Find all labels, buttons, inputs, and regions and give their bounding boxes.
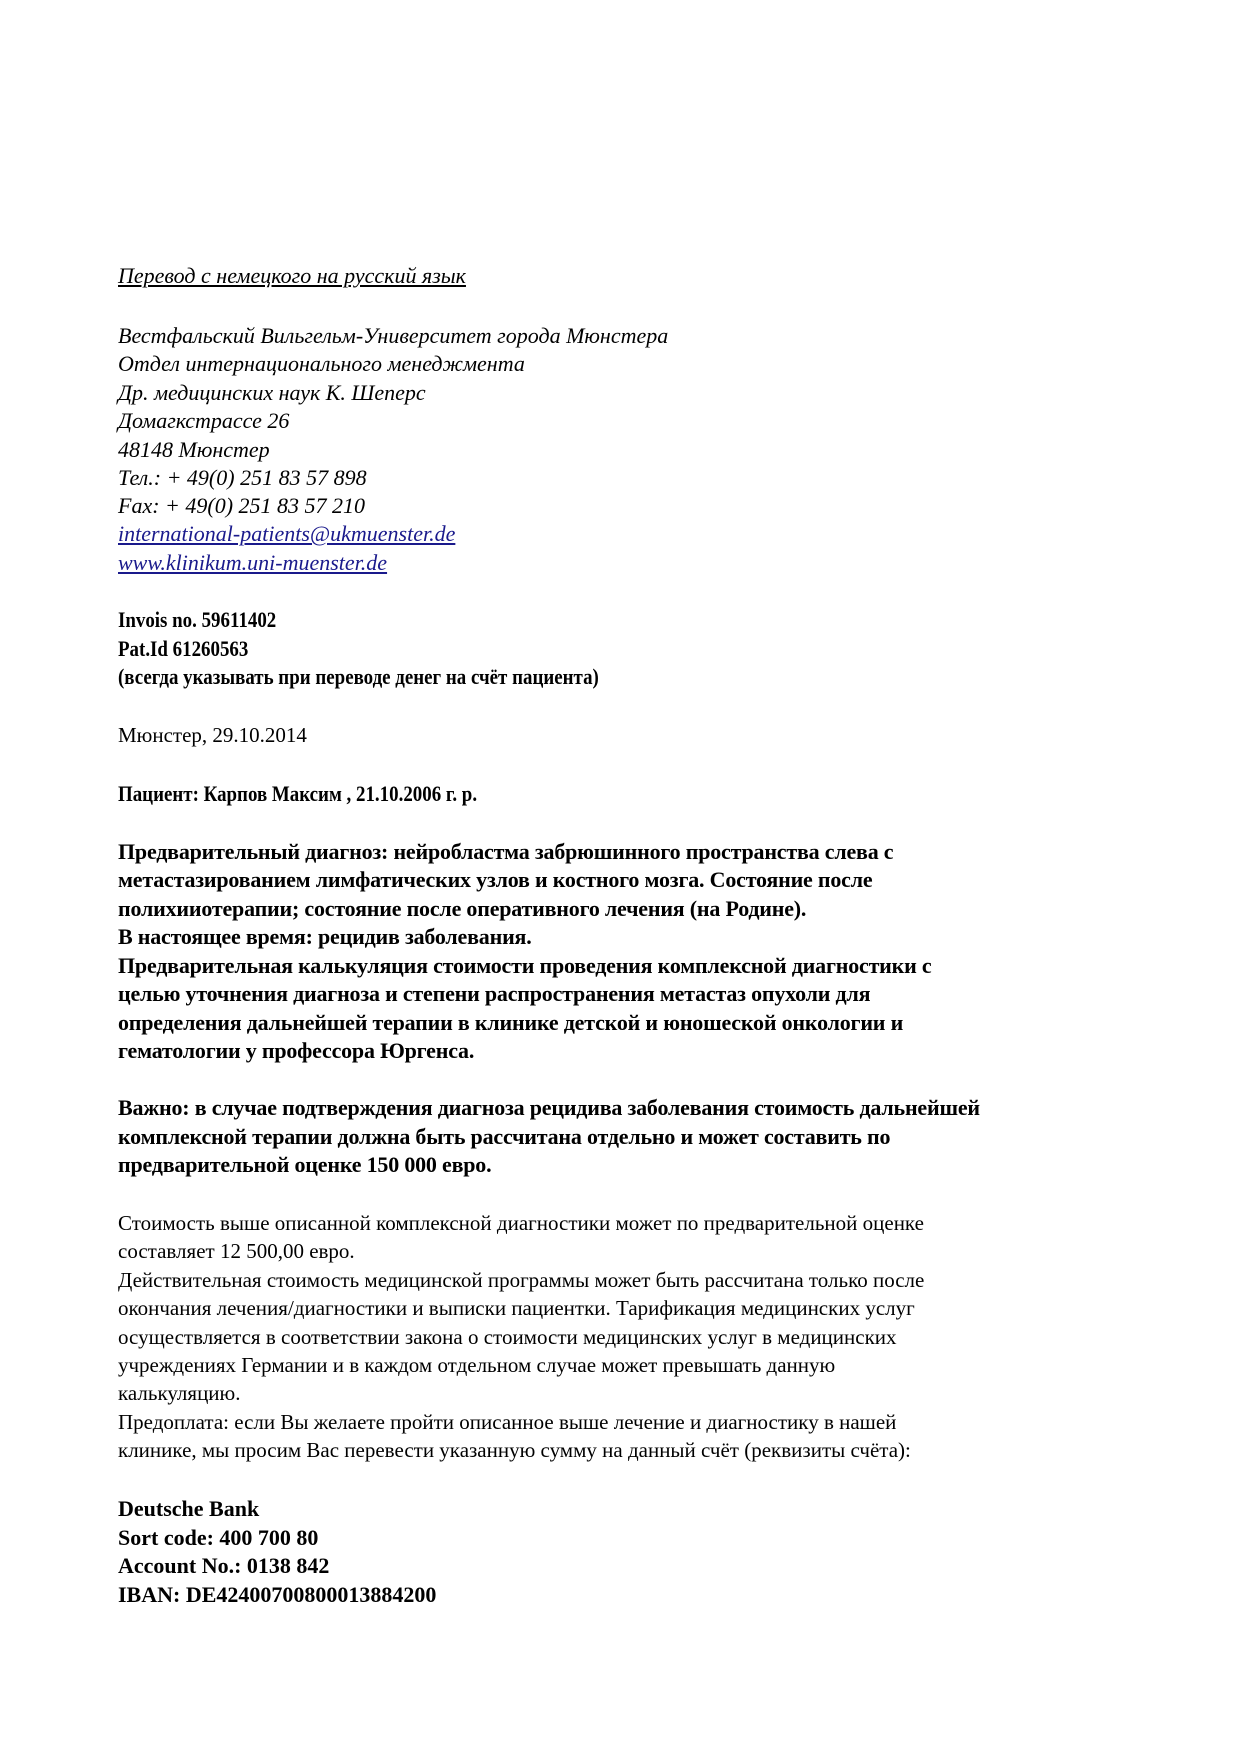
cost-line: клинике, мы просим Вас перевести указанн…	[118, 1438, 911, 1463]
sender-city: 48148 Мюнстер	[118, 437, 270, 463]
diagnosis-line: метастазированием лимфатических узлов и …	[118, 867, 872, 893]
diagnosis-line: целью уточнения диагноза и степени распр…	[118, 981, 870, 1007]
cost-line: Предоплата: если Вы желаете пройти описа…	[118, 1410, 896, 1435]
cost-line: осуществляется в соответствии закона о с…	[118, 1325, 897, 1350]
invoice-number: Invois no. 59611402	[118, 607, 276, 633]
sender-street: Домагкстрассе 26	[118, 408, 289, 434]
patient-id: Pat.Id 61260563	[118, 636, 248, 662]
document-page: Перевод с немецкого на русский язык Вест…	[0, 0, 1240, 1754]
cost-line: калькуляцию.	[118, 1381, 240, 1406]
diagnosis-line: Предварительная калькуляция стоимости пр…	[118, 953, 931, 979]
cost-line: Действительная стоимость медицинской про…	[118, 1268, 924, 1293]
sender-contact-person: Др. медицинских наук К. Шеперс	[118, 380, 426, 406]
invoice-note: (всегда указывать при переводе денег на …	[118, 664, 599, 690]
cost-line: Стоимость выше описанной комплексной диа…	[118, 1211, 924, 1236]
sender-university: Вестфальский Вильгельм-Университет город…	[118, 323, 668, 349]
bank-iban: IBAN: DE42400700800013884200	[118, 1582, 436, 1608]
patient-line: Пациент: Карпов Максим , 21.10.2006 г. р…	[118, 781, 477, 807]
diagnosis-line: определения дальнейшей терапии в клинике…	[118, 1010, 903, 1036]
sender-department: Отдел интернационального менеджмента	[118, 351, 525, 377]
bank-account-number: Account No.: 0138 842	[118, 1553, 329, 1579]
diagnosis-line: гематологии у профессора Юргенса.	[118, 1038, 474, 1064]
important-line: Важно: в случае подтверждения диагноза р…	[118, 1095, 980, 1121]
translation-header: Перевод с немецкого на русский язык	[118, 263, 466, 289]
diagnosis-line: В настоящее время: рецидив заболевания.	[118, 924, 532, 950]
cost-line: окончания лечения/диагностики и выписки …	[118, 1296, 915, 1321]
important-line: предварительной оценке 150 000 евро.	[118, 1152, 491, 1178]
important-line: комплексной терапии должна быть рассчита…	[118, 1124, 890, 1150]
cost-line: составляет 12 500,00 евро.	[118, 1239, 355, 1264]
diagnosis-line: Предварительный диагноз: нейробластма за…	[118, 839, 893, 865]
place-date: Мюнстер, 29.10.2014	[118, 723, 307, 748]
sender-website-link[interactable]: www.klinikum.uni-muenster.de	[118, 550, 387, 576]
sender-phone: Тел.: + 49(0) 251 83 57 898	[118, 465, 367, 491]
sender-fax: Fax: + 49(0) 251 83 57 210	[118, 493, 365, 519]
sender-email-link[interactable]: international-patients@ukmuenster.de	[118, 521, 455, 547]
cost-line: учреждениях Германии и в каждом отдельно…	[118, 1353, 835, 1378]
bank-sort-code: Sort code: 400 700 80	[118, 1525, 318, 1551]
bank-name: Deutsche Bank	[118, 1496, 259, 1522]
diagnosis-line: полихииотерапии; состояние после операти…	[118, 896, 806, 922]
